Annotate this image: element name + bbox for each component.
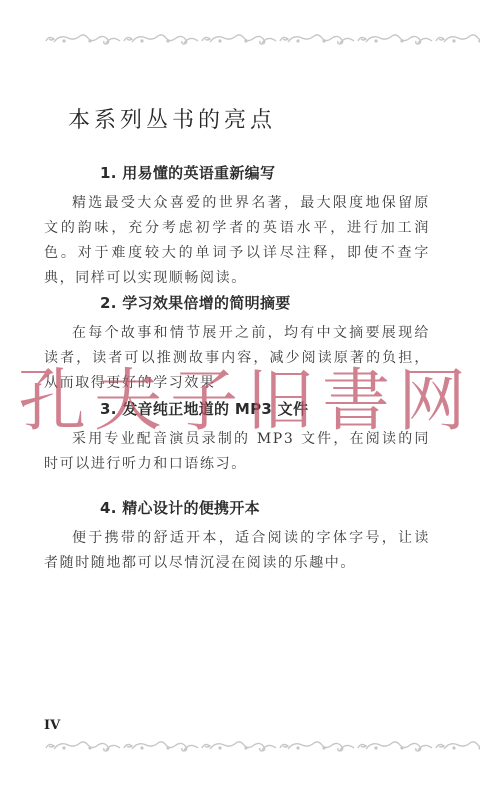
page-title: 本系列丛书的亮点 — [68, 103, 276, 134]
swirl-border-icon — [44, 739, 480, 755]
section-body: 精选最受大众喜爱的世界名著，最大限度地保留原文的韵味，充分考虑初学者的英语水平，… — [44, 191, 430, 291]
section-3: 3. 发音纯正地道的 MP3 文件 采用专业配音演员录制的 MP3 文件，在阅读… — [44, 398, 430, 477]
section-heading: 1. 用易懂的英语重新编写 — [44, 162, 430, 183]
section-4: 4. 精心设计的便携开本 便于携带的舒适开本，适合阅读的字体字号，让读者随时随地… — [44, 497, 430, 576]
section-1: 1. 用易懂的英语重新编写 精选最受大众喜爱的世界名著，最大限度地保留原文的韵味… — [44, 162, 430, 291]
bottom-ornament-border — [44, 739, 480, 755]
top-ornament-border — [44, 32, 480, 48]
section-body: 在每个故事和情节展开之前，均有中文摘要展现给读者，读者可以推测故事内容，减少阅读… — [44, 321, 430, 396]
section-body: 便于携带的舒适开本，适合阅读的字体字号，让读者随时随地都可以尽情沉浸在阅读的乐趣… — [44, 526, 430, 576]
section-body: 采用专业配音演员录制的 MP3 文件，在阅读的同时可以进行听力和口语练习。 — [44, 427, 430, 477]
section-heading: 4. 精心设计的便携开本 — [44, 497, 430, 518]
page-number: IV — [44, 718, 60, 733]
section-heading: 3. 发音纯正地道的 MP3 文件 — [44, 398, 430, 419]
section-2: 2. 学习效果倍增的简明摘要 在每个故事和情节展开之前，均有中文摘要展现给读者，… — [44, 292, 430, 396]
swirl-border-icon — [44, 32, 480, 48]
section-heading: 2. 学习效果倍增的简明摘要 — [44, 292, 430, 313]
